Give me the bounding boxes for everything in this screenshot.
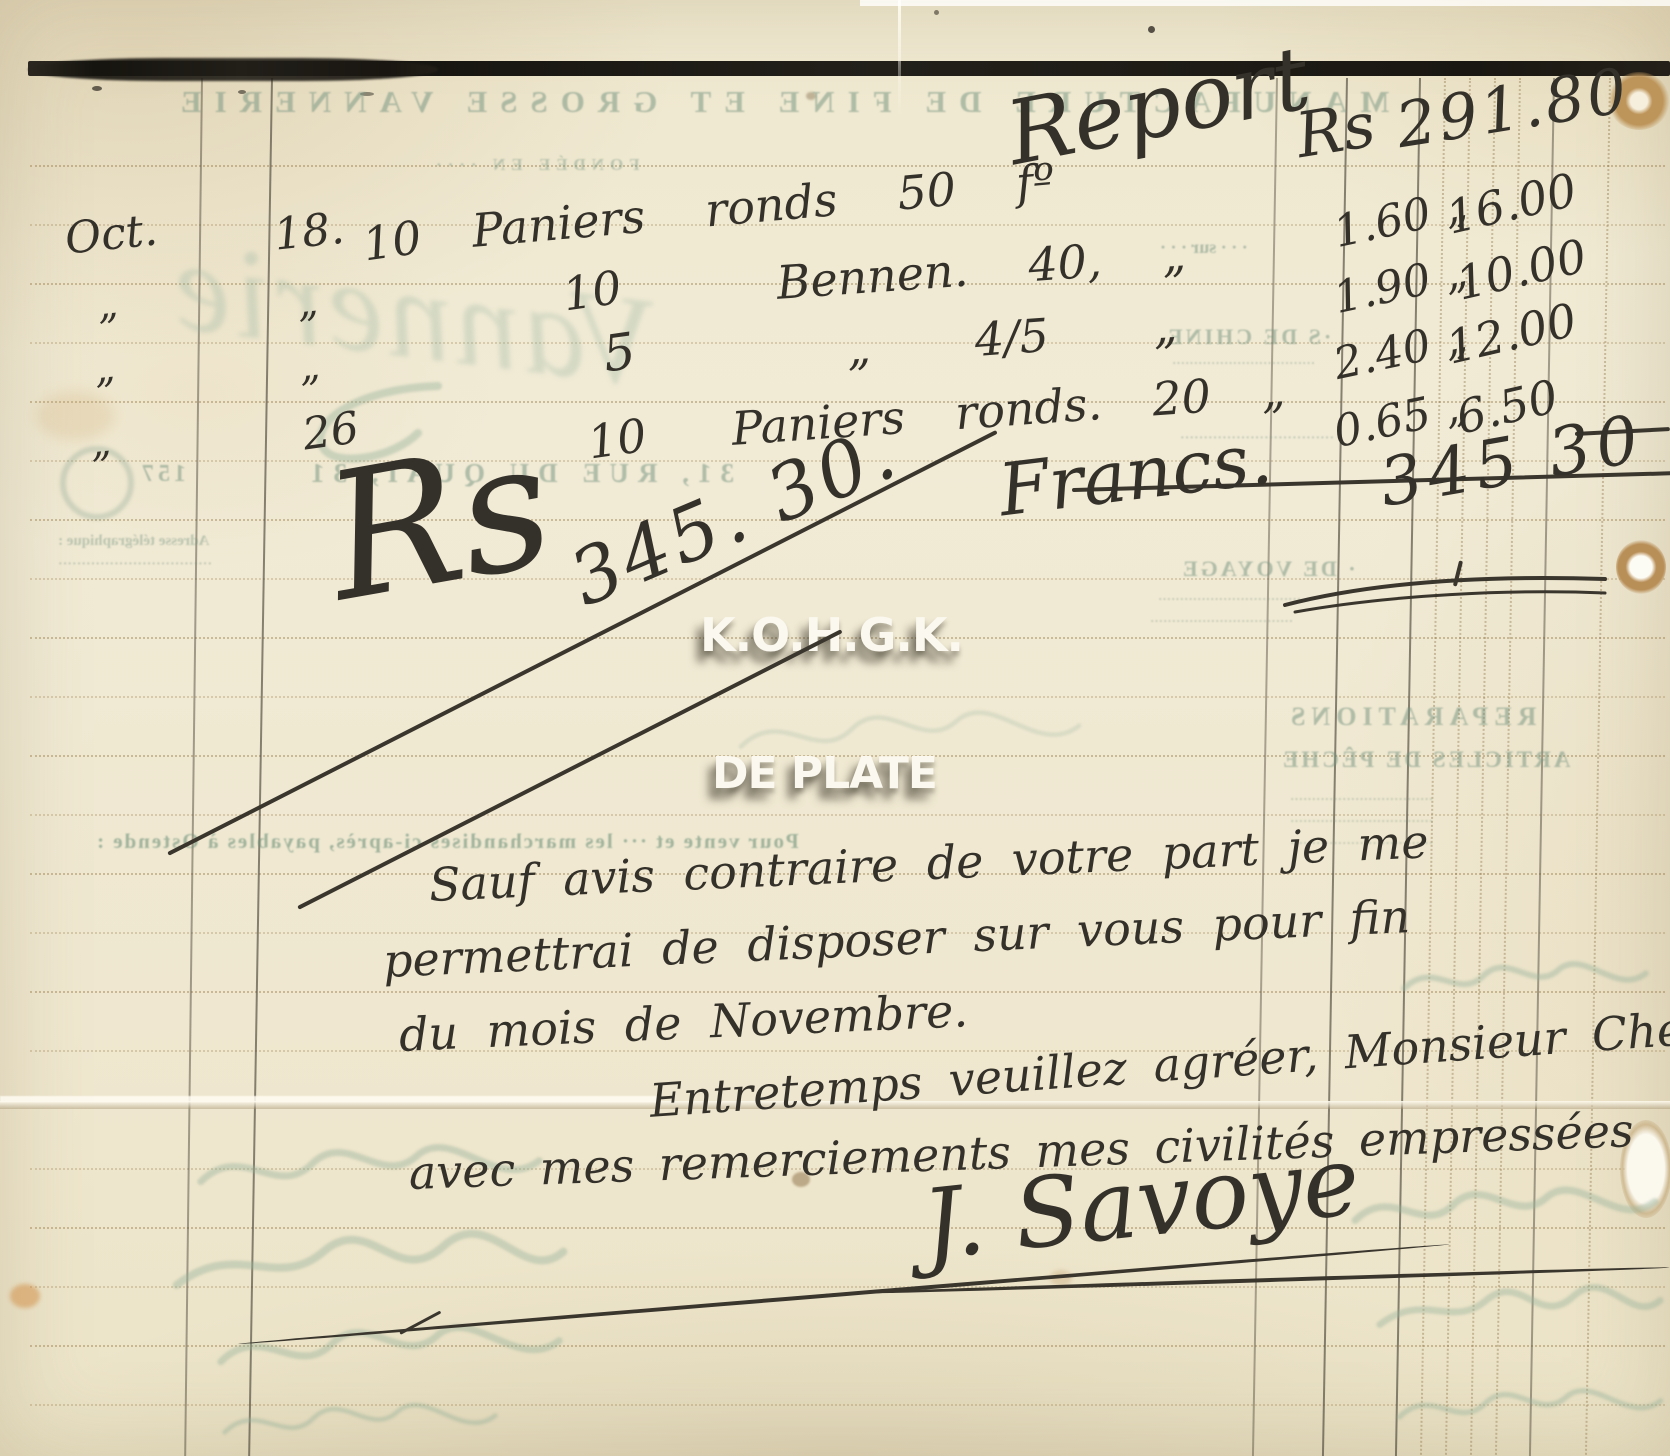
item-date-day: „	[295, 282, 320, 324]
ghost-letterhead-subtitle: FONDÉE EN ····	[430, 156, 640, 173]
fold-crease-highlight	[0, 1096, 660, 1102]
scan-edge-sliver	[860, 0, 1670, 6]
ghost-script-mark	[140, 1315, 640, 1385]
ghost-stamp-number: 157	[138, 462, 186, 486]
ghost-script-mark	[1395, 1378, 1665, 1438]
ghost-right-reparations: REPARATIONS	[1285, 704, 1536, 730]
item-date-day: 18.	[272, 207, 346, 258]
item-date-month: Oct.	[63, 208, 159, 261]
report-currency: Rs	[1292, 94, 1379, 168]
item-amount: 16.00	[1442, 166, 1581, 240]
ink-speck	[92, 86, 102, 91]
ink-speck	[934, 10, 939, 15]
francs-label: Francs.	[995, 422, 1276, 527]
ruled-line	[30, 696, 1665, 698]
letter-line: du mois de Novembre.	[398, 987, 969, 1058]
item-qty: 10	[585, 412, 649, 466]
ghost-script-mark	[1375, 1275, 1665, 1345]
item-desc: Bennen. 40, „	[775, 231, 1187, 305]
ghost-right-peche: ARTICLES DE PÊCHE	[1280, 748, 1570, 771]
item-date-month: „	[88, 422, 113, 464]
ghost-right-line: ·································	[1150, 614, 1293, 627]
item-qty: 5	[600, 326, 638, 380]
item-qty: 10	[360, 214, 424, 268]
ruled-line	[30, 165, 1665, 167]
ghost-script-mark	[90, 1225, 650, 1305]
item-date-month: „	[95, 284, 120, 326]
ghost-right-line: ·S DE CHINE	[1165, 326, 1331, 348]
ruled-line	[30, 519, 1665, 521]
item-desc: „ 4/5 „	[845, 303, 1178, 372]
item-date-day: „	[297, 346, 322, 388]
scanned-invoice-page: MANUFACTURE DE FINE ET GROSSE VANNERIE F…	[0, 0, 1670, 1456]
ghost-right-line: ·································	[1290, 792, 1433, 805]
item-qty: 10	[560, 264, 624, 318]
paper-stain	[10, 1284, 40, 1308]
ghost-script-mark	[1350, 1175, 1660, 1245]
ghost-script-mark	[60, 1395, 660, 1451]
scan-edge-smudge	[28, 58, 438, 81]
paper-hole	[1616, 540, 1666, 594]
watermark-line2: DE PLATE	[712, 752, 937, 796]
ink-speck	[1148, 26, 1155, 33]
total-currency-script: Rs	[315, 417, 564, 628]
francs-underline-flourish	[1280, 565, 1610, 615]
ghost-telegraph-label: Adresse télégraphique :	[58, 534, 209, 549]
item-date-month: „	[92, 348, 117, 390]
item-price: 1.90 „	[1330, 250, 1471, 321]
ghost-telegraph-value: ·································	[58, 558, 212, 572]
